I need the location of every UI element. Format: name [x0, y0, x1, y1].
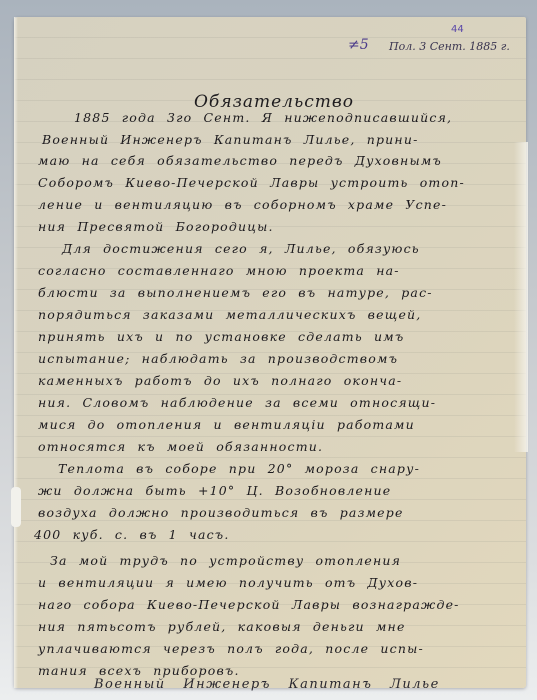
archive-strike-mark: ≠5: [348, 37, 369, 53]
text-line: маю на себя обязательство передъ Духовны…: [38, 153, 442, 168]
text-line: порядиться заказами металлическихъ вещей…: [38, 307, 421, 322]
text-line: Для достижения сего я, Лилье, обязуюсь: [62, 241, 420, 256]
folded-edge: [514, 142, 528, 452]
text-line: ния. Словомъ наблюдение за всеми относящ…: [38, 395, 436, 410]
text-line: ния пятьсотъ рублей, каковыя деньги мне: [38, 619, 406, 634]
text-line: ление и вентиляцию въ соборномъ храме Ус…: [38, 197, 447, 212]
text-line: Военный Инженеръ Капитанъ Лилье, прини-: [42, 132, 419, 147]
text-line: Соборомъ Киево-Печерской Лавры устроить …: [38, 175, 465, 190]
text-line: воздуха должно производиться въ размере: [38, 505, 404, 520]
text-line: 400 куб. с. въ 1 часъ.: [34, 527, 230, 542]
text-line: 1885 года 3го Сент. Я нижеподписавшийся,: [74, 110, 452, 125]
text-line: согласно составленнаго мною проекта на-: [38, 263, 400, 278]
sheet-number: 44: [451, 24, 464, 35]
text-line: наго собора Киево-Печерской Лавры вознаг…: [38, 597, 460, 612]
torn-edge: [11, 487, 21, 527]
text-line: каменныхъ работъ до ихъ полнаго оконча-: [38, 373, 402, 388]
text-line: принять ихъ и по установке сделать имъ: [38, 329, 404, 344]
document-title: Обязательство: [194, 92, 354, 112]
archive-note: Пол. 3 Сент. 1885 г.: [389, 40, 510, 53]
text-line: и вентиляции я имею получить отъ Духов-: [38, 575, 418, 590]
text-line: уплачиваются черезъ полъ года, после исп…: [38, 641, 424, 656]
signature: Военный Инженеръ Капитанъ Лилье: [94, 677, 440, 692]
text-line: жи должна быть +10° Ц. Возобновление: [38, 483, 391, 498]
text-line: За мой трудъ по устройству отопления: [50, 553, 401, 568]
text-line: тания всехъ приборовъ.: [38, 663, 240, 678]
text-line: испытание; наблюдать за производствомъ: [38, 351, 398, 366]
document-page: ≠5 Пол. 3 Сент. 1885 г. 44 Обязательство…: [14, 17, 526, 688]
text-line: относятся къ моей обязанности.: [38, 439, 323, 454]
text-line: мися до отопления и вентиляцiи работами: [38, 417, 415, 432]
text-line: Теплота въ соборе при 20° мороза снару-: [58, 461, 420, 476]
text-line: ния Пресвятой Богородицы.: [38, 219, 274, 234]
text-line: блюсти за выполнениемъ его въ натуре, ра…: [38, 285, 433, 300]
